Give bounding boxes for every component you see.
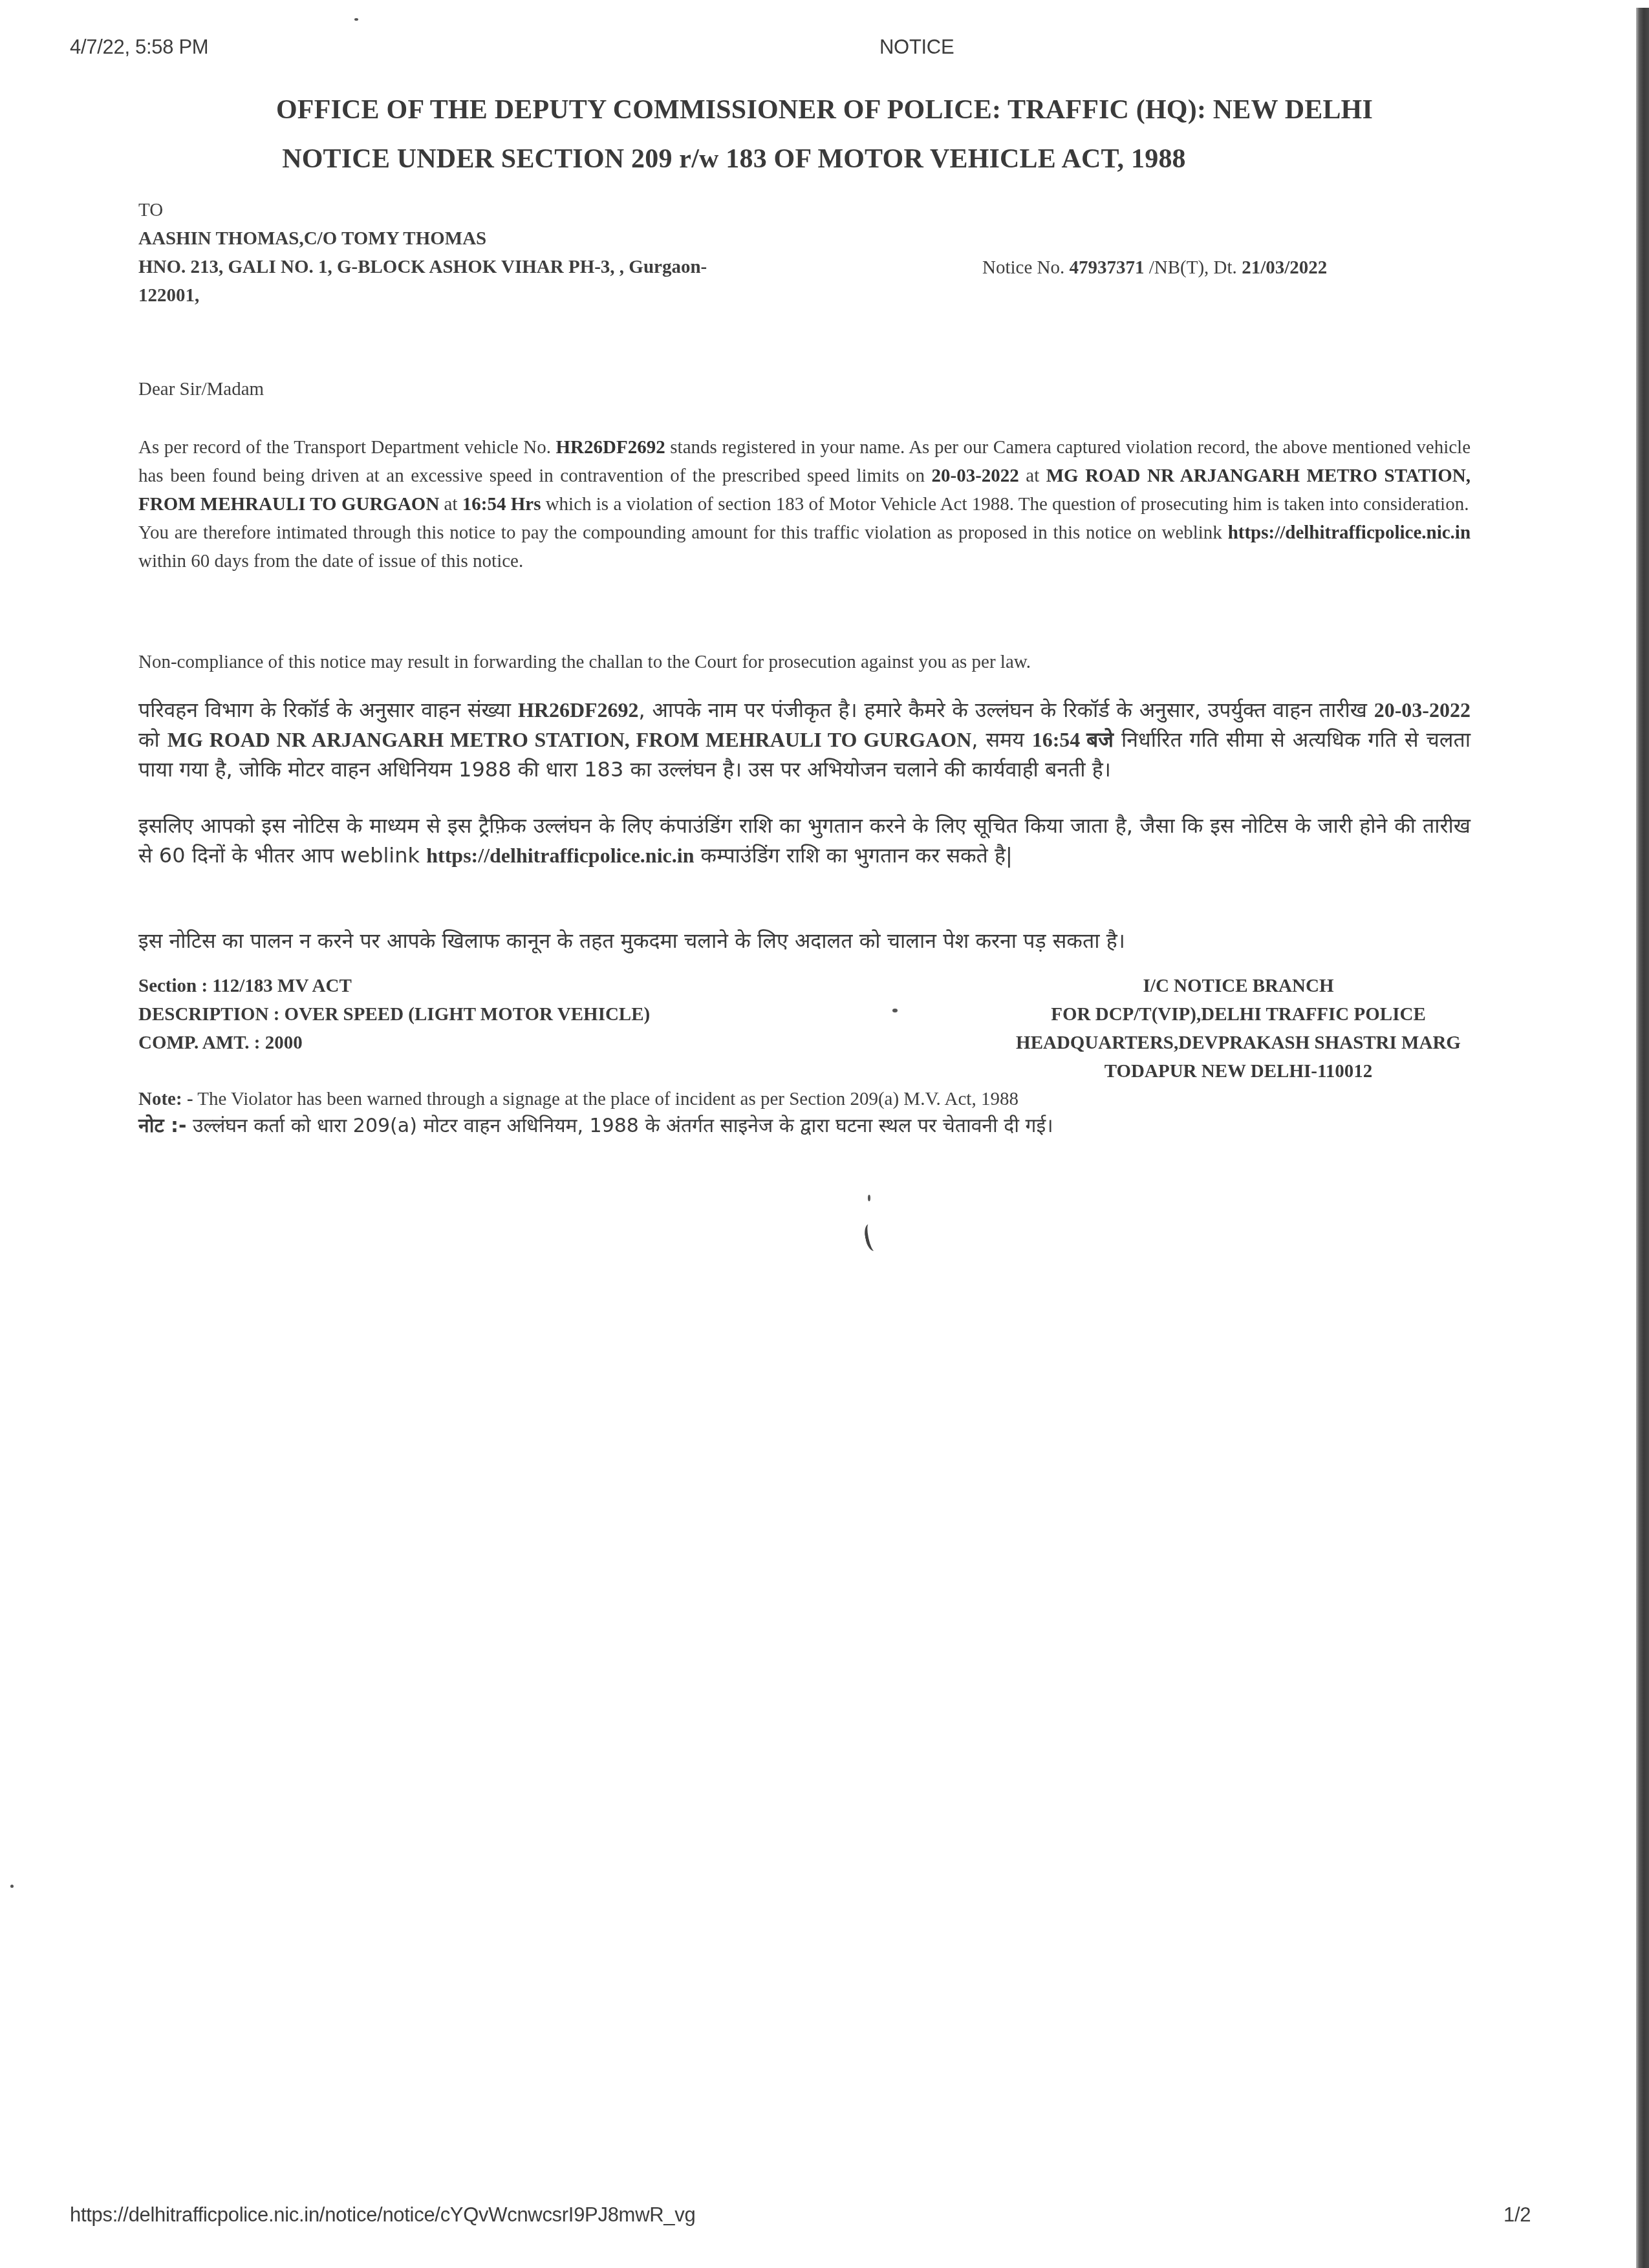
scan-edge-shadow xyxy=(1636,8,1649,2268)
text: You are therefore intimated through this… xyxy=(138,522,1222,543)
text: at xyxy=(444,494,458,515)
authority-line2: FOR DCP/T(VIP),DELHI TRAFFIC POLICE xyxy=(964,1000,1513,1029)
violation-location-hi: MG ROAD NR ARJANGARH METRO STATION, FROM… xyxy=(167,728,972,751)
violation-time-hi: 16:54 बजे xyxy=(1032,728,1114,751)
hindi-paragraph-1: परिवहन विभाग के रिकॉर्ड के अनुसार वाहन स… xyxy=(138,695,1471,784)
scan-mark xyxy=(863,1223,880,1252)
scan-speck xyxy=(10,1885,14,1888)
note-text: The Violator has been warned through a s… xyxy=(197,1089,1018,1109)
issuing-authority: I/C NOTICE BRANCH FOR DCP/T(VIP),DELHI T… xyxy=(964,972,1513,1086)
recipient-block: TO AASHIN THOMAS,C/O TOMY THOMAS HNO. 21… xyxy=(138,196,914,310)
hindi-paragraph-2: इसलिए आपको इस नोटिस के माध्यम से इस ट्रै… xyxy=(138,811,1471,870)
text: , आपके नाम पर पंजीकृत है। हमारे कैमरे के… xyxy=(639,698,1367,722)
hindi-paragraph-noncompliance: इस नोटिस का पालन न करने पर आपके खिलाफ का… xyxy=(138,926,1471,956)
violation-time: 16:54 Hrs xyxy=(462,494,541,515)
scan-speck xyxy=(868,1195,870,1201)
vehicle-number: HR26DF2692 xyxy=(556,437,665,458)
note-label-hi: नोट :- xyxy=(138,1115,186,1137)
violation-date-hi: 20-03-2022 xyxy=(1374,698,1471,722)
notice-no-prefix: Notice No. xyxy=(982,257,1064,278)
text: को xyxy=(138,727,160,752)
print-footer-url: https://delhitrafficpolice.nic.in/notice… xyxy=(70,2203,695,2227)
description-line: DESCRIPTION : OVER SPEED (LIGHT MOTOR VE… xyxy=(138,1000,650,1029)
office-heading: OFFICE OF THE DEPUTY COMMISSIONER OF POL… xyxy=(0,94,1649,125)
note-hindi: नोट :- उल्लंघन कर्ता को धारा 209(a) मोटर… xyxy=(138,1112,1053,1140)
section-line: Section : 112/183 MV ACT xyxy=(138,972,650,1000)
payment-weblink[interactable]: https://delhitrafficpolice.nic.in xyxy=(1228,522,1471,543)
scan-speck xyxy=(354,18,358,21)
text: at xyxy=(1026,465,1039,486)
violation-details: Section : 112/183 MV ACT DESCRIPTION : O… xyxy=(138,972,650,1057)
notice-branch-code: /NB(T), Dt. xyxy=(1149,257,1237,278)
compounding-amount: COMP. AMT. : 2000 xyxy=(138,1029,650,1057)
violation-date: 20-03-2022 xyxy=(932,465,1019,486)
note-english: Note: - The Violator has been warned thr… xyxy=(138,1086,1018,1112)
note-label: Note: - xyxy=(138,1089,193,1109)
salutation: Dear Sir/Madam xyxy=(138,375,264,403)
text: within 60 days from the date of issue of… xyxy=(138,551,523,572)
authority-line1: I/C NOTICE BRANCH xyxy=(964,972,1513,1000)
recipient-name: AASHIN THOMAS,C/O TOMY THOMAS xyxy=(138,224,914,253)
notice-title: NOTICE UNDER SECTION 209 r/w 183 OF MOTO… xyxy=(0,144,1558,175)
recipient-address-line1: HNO. 213, GALI NO. 1, G-BLOCK ASHOK VIHA… xyxy=(138,253,914,281)
notice-number: 47937371 xyxy=(1070,257,1145,278)
authority-line3: HEADQUARTERS,DEVPRAKASH SHASTRI MARG xyxy=(964,1029,1513,1057)
text: , समय xyxy=(971,727,1024,752)
print-page-title: NOTICE xyxy=(879,36,954,59)
notice-reference: Notice No. 47937371 /NB(T), Dt. 21/03/20… xyxy=(982,253,1327,282)
english-paragraph-1: As per record of the Transport Departmen… xyxy=(138,433,1471,575)
recipient-address-line2: 122001, xyxy=(138,281,914,310)
vehicle-number-hi: HR26DF2692 xyxy=(518,698,639,722)
to-label: TO xyxy=(138,196,914,224)
text: परिवहन विभाग के रिकॉर्ड के अनुसार वाहन स… xyxy=(138,698,511,722)
english-paragraph-noncompliance: Non-compliance of this notice may result… xyxy=(138,648,1471,676)
note-text-hi: उल्लंघन कर्ता को धारा 209(a) मोटर वाहन अ… xyxy=(193,1115,1053,1137)
authority-line4: TODAPUR NEW DELHI-110012 xyxy=(964,1057,1513,1086)
scan-speck xyxy=(892,1009,898,1012)
page-indicator: 1/2 xyxy=(1503,2203,1531,2227)
print-datetime: 4/7/22, 5:58 PM xyxy=(70,36,208,59)
text: कम्पाउंडिंग राशि का भुगतान कर सकते है| xyxy=(701,843,1013,868)
payment-weblink-hi[interactable]: https://delhitrafficpolice.nic.in xyxy=(426,844,694,867)
text: which is a violation of section 183 of M… xyxy=(546,494,1469,515)
notice-date: 21/03/2022 xyxy=(1242,257,1327,278)
text: As per record of the Transport Departmen… xyxy=(138,437,551,458)
